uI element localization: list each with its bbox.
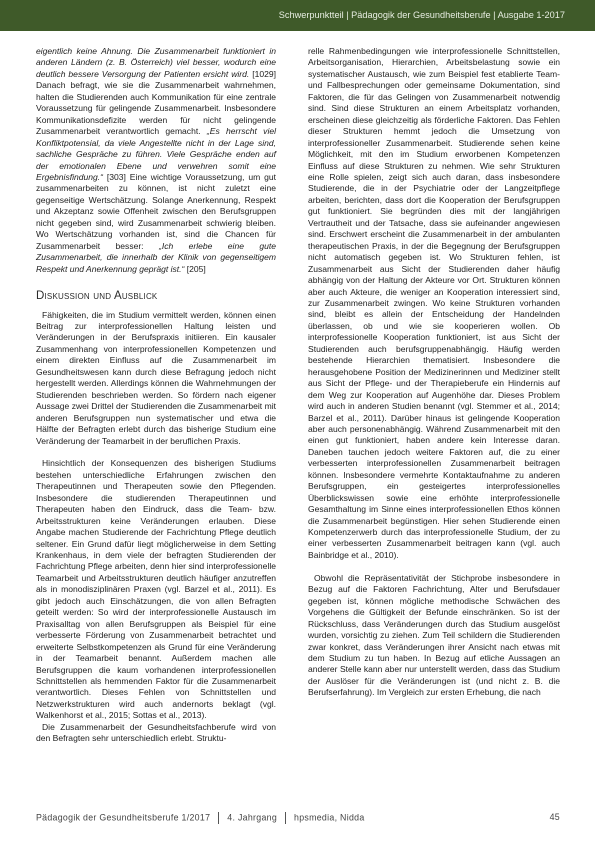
footer-volume: 4. Jahrgang — [227, 812, 277, 822]
running-header-bar: Schwerpunktteil | Pädagogik der Gesundhe… — [0, 0, 595, 31]
body-text: [303] Eine wichtige Voraussetzung, um gu… — [36, 172, 276, 251]
footer-divider — [218, 812, 219, 824]
quote-reference: [1029] — [249, 69, 276, 79]
paragraph: Die Zusammenarbeit der Gesundheitsfachbe… — [36, 722, 276, 745]
section-heading: Diskussion und Ausblick — [36, 291, 276, 302]
page-footer: Pädagogik der Gesundheitsberufe 1/20174.… — [36, 812, 560, 824]
paragraph: Fähigkeiten, die im Studium vermittelt w… — [36, 310, 276, 447]
running-header-title: Schwerpunktteil | Pädagogik der Gesundhe… — [279, 10, 565, 20]
paragraph: Hinsichtlich der Konsequenzen des bisher… — [36, 458, 276, 721]
page-number: 45 — [550, 812, 560, 822]
left-column: eigentlich keine Ahnung. Die Zusammenarb… — [36, 46, 276, 745]
quote: eigentlich keine Ahnung. Die Zusammenarb… — [36, 46, 276, 79]
right-column: relle Rahmenbedingungen wie interprofess… — [308, 46, 560, 699]
quote-reference: [205] — [184, 264, 205, 274]
footer-publisher: hpsmedia, Nidda — [294, 812, 365, 822]
paragraph: Obwohl die Repräsentativität der Stichpr… — [308, 573, 560, 699]
footer-divider — [285, 812, 286, 824]
footer-journal: Pädagogik der Gesundheitsberufe 1/2017 — [36, 812, 210, 822]
paragraph: relle Rahmenbedingungen wie interprofess… — [308, 46, 560, 561]
paragraph: eigentlich keine Ahnung. Die Zusammenarb… — [36, 46, 276, 275]
